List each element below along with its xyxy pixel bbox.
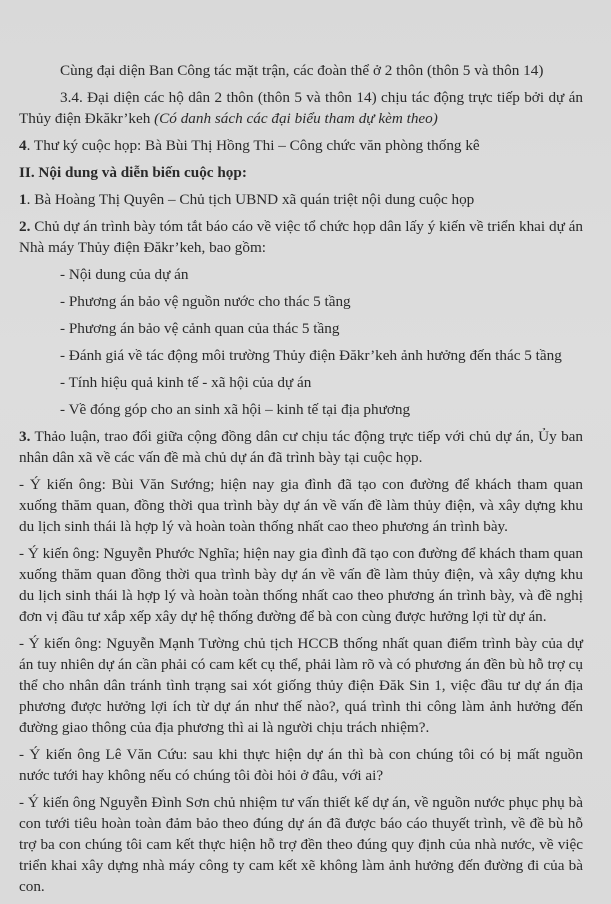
section-2-item-2-text: Chủ dự án trình bày tóm tắt báo cáo về v… — [19, 218, 583, 256]
project-item: - Nội dung của dự án — [19, 264, 583, 285]
project-item: - Đánh giá về tác động môi trường Thủy đ… — [19, 345, 583, 366]
section-2-item-2: 2. Chủ dự án trình bày tóm tắt báo cáo v… — [19, 216, 583, 258]
item-4-text: . Thư ký cuộc họp: Bà Bùi Thị Hồng Thi –… — [27, 137, 480, 154]
opinion-paragraph: - Ý kiến ông: Bùi Văn Sướng; hiện nay gi… — [19, 474, 583, 537]
section-2-item-3-number: 3. — [19, 428, 30, 445]
section-2-item-1-number: 1 — [19, 191, 27, 208]
item-3-4-note: (Có danh sách các đại biểu tham dự kèm t… — [154, 110, 438, 127]
section-2-heading: II. Nội dung và diễn biến cuộc họp: — [19, 162, 583, 183]
opinion-paragraph: - Ý kiến ông Lê Văn Cứu: sau khi thực hi… — [19, 744, 583, 786]
item-3-4: 3.4. Đại diện các hộ dân 2 thôn (thôn 5 … — [19, 87, 583, 129]
opinion-paragraph: - Ý kiến ông: Nguyễn Mạnh Tường chủ tịch… — [19, 633, 583, 738]
project-item: - Phương án bảo vệ nguồn nước cho thác 5… — [19, 291, 583, 312]
document-page: Cùng đại diện Ban Công tác mặt trận, các… — [0, 0, 611, 904]
item-4-number: 4 — [19, 137, 27, 154]
section-2-heading-text: II. Nội dung và diễn biến cuộc họp: — [19, 164, 247, 181]
section-2-item-2-number: 2. — [19, 218, 30, 235]
section-2-item-3: 3. Thảo luận, trao đổi giữa cộng đồng dâ… — [19, 426, 583, 468]
opinion-paragraph: - Ý kiến ông Nguyễn Đình Sơn chủ nhiệm t… — [19, 792, 583, 897]
opinion-paragraph: - Ý kiến ông: Nguyễn Phước Nghĩa; hiện n… — [19, 543, 583, 627]
project-item: - Tính hiệu quả kinh tế - xã hội của dự … — [19, 372, 583, 393]
section-2-item-1-text: . Bà Hoàng Thị Quyên – Chủ tịch UBND xã … — [27, 191, 475, 208]
representatives-front-line: Cùng đại diện Ban Công tác mặt trận, các… — [19, 60, 583, 81]
section-2-item-3-text: Thảo luận, trao đổi giữa cộng đồng dân c… — [19, 428, 583, 466]
project-item: - Phương án bảo vệ cảnh quan của thác 5 … — [19, 318, 583, 339]
item-4-secretary: 4. Thư ký cuộc họp: Bà Bùi Thị Hồng Thi … — [19, 135, 583, 156]
project-item: - Về đóng góp cho an sinh xã hội – kinh … — [19, 399, 583, 420]
section-2-item-1: 1. Bà Hoàng Thị Quyên – Chủ tịch UBND xã… — [19, 189, 583, 210]
